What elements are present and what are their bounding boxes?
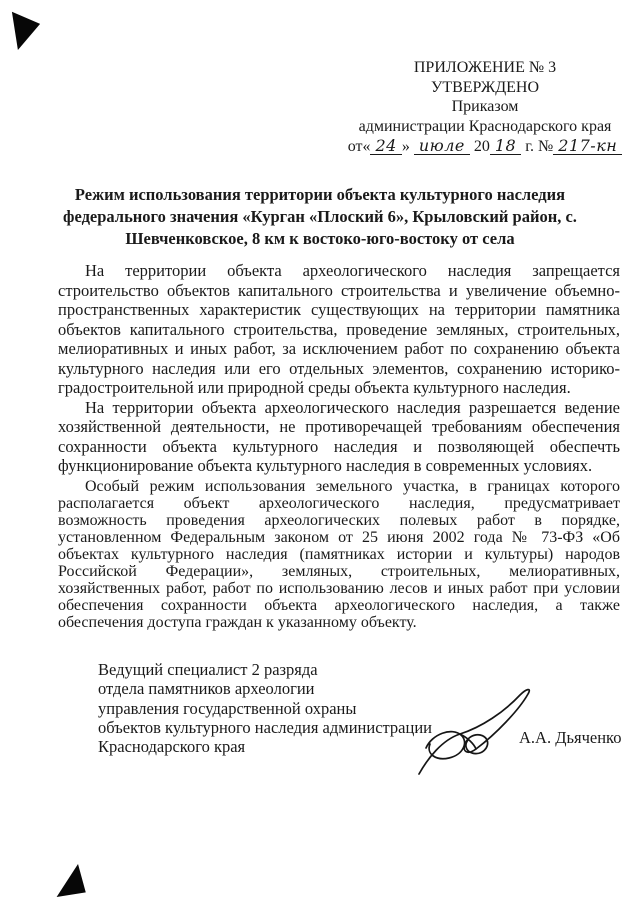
signatory-position-block: Ведущий специалист 2 разряда отдела памя…: [98, 660, 458, 756]
date-month-underline: июле: [414, 138, 470, 155]
document-title: Режим использования территории объекта к…: [46, 184, 594, 250]
signatory-line: объектов культурного наследия администра…: [98, 718, 458, 737]
header-line-administration: администрации Краснодарского края: [335, 117, 635, 137]
body-line: На территории объекта археологического н…: [58, 261, 620, 281]
date-day-underline: 24: [370, 138, 401, 155]
body-line: возможность проведения археологических п…: [58, 512, 620, 529]
body-line: хозяйственных работ, работ по использова…: [58, 580, 620, 597]
scan-corner-mark-top: [11, 11, 41, 50]
paragraph-permissions: На территории объекта археологического н…: [58, 398, 620, 476]
body-line: Особый режим использования земельного уч…: [58, 478, 620, 495]
body-line: установленном Федеральным законом от 25 …: [58, 529, 620, 546]
body-line: культурного наследия или его отдельных э…: [58, 359, 620, 379]
header-line-by-order: Приказом: [335, 97, 635, 117]
body-line: На территории объекта археологического н…: [58, 398, 620, 418]
header-line-appendix: ПРИЛОЖЕНИЕ № 3: [335, 58, 635, 78]
signer-name: А.А. Дьяченко: [519, 728, 621, 748]
paragraph-special-regime: Особый режим использования земельного уч…: [58, 478, 620, 631]
date-month-handwritten: июле: [419, 136, 465, 155]
order-date-line: от«24» июле 2018 г. №217-кн: [335, 137, 635, 157]
date-year-typed: 20: [474, 138, 490, 155]
body-line: сохранности объекта культурного наследия…: [58, 437, 620, 457]
date-year-handwritten: 18: [495, 136, 516, 155]
date-day-handwritten: 24: [375, 136, 396, 155]
title-line: Режим использования территории объекта к…: [46, 184, 594, 206]
header-line-approved: УТВЕРЖДЕНО: [335, 78, 635, 98]
body-line: функционирование объекта культурного нас…: [58, 456, 620, 476]
signatory-line: управления государственной охраны: [98, 699, 458, 718]
body-line: хозяйственной деятельности, не противоре…: [58, 417, 620, 437]
body-line: градостроительной или природной среды об…: [58, 378, 620, 398]
body-line: объектах культурного наследия (памятника…: [58, 546, 620, 563]
body-line: пространственных характеристик существую…: [58, 300, 620, 320]
document-body: На территории объекта археологического н…: [58, 261, 620, 631]
date-middle: г. №: [525, 138, 553, 155]
body-line: располагается объект археологического на…: [58, 495, 620, 512]
body-line: строительство объектов капитального стро…: [58, 281, 620, 301]
order-number-underline: 217-кн: [553, 138, 622, 155]
body-line: мелиоративных и иных работ, за исключени…: [58, 339, 620, 359]
document-page: ПРИЛОЖЕНИЕ № 3 УТВЕРЖДЕНО Приказом админ…: [0, 0, 640, 905]
signatory-line: Ведущий специалист 2 разряда: [98, 660, 458, 679]
scan-corner-mark-bottom: [56, 863, 87, 898]
approval-header: ПРИЛОЖЕНИЕ № 3 УТВЕРЖДЕНО Приказом админ…: [335, 58, 635, 157]
date-year-underline: 18: [490, 138, 521, 155]
body-line: обеспечения доступа граждан к указанному…: [58, 614, 620, 631]
paragraph-prohibitions: На территории объекта археологического н…: [58, 261, 620, 398]
signatory-line: Краснодарского края: [98, 737, 458, 756]
order-number-handwritten: 217-кн: [558, 136, 617, 155]
signatory-line: отдела памятников археологии: [98, 679, 458, 698]
body-line: Российской Федерации», земляных, строите…: [58, 563, 620, 580]
date-prefix: от«: [348, 138, 371, 155]
body-line: обеспечения сохранности объекта археолог…: [58, 597, 620, 614]
date-close-quote: »: [402, 138, 410, 155]
body-line: объектов капитального строительства, про…: [58, 320, 620, 340]
title-line: федерального значения «Курган «Плоский 6…: [46, 206, 594, 228]
title-line: Шевченковское, 8 км к востоко-юго-восток…: [46, 228, 594, 250]
